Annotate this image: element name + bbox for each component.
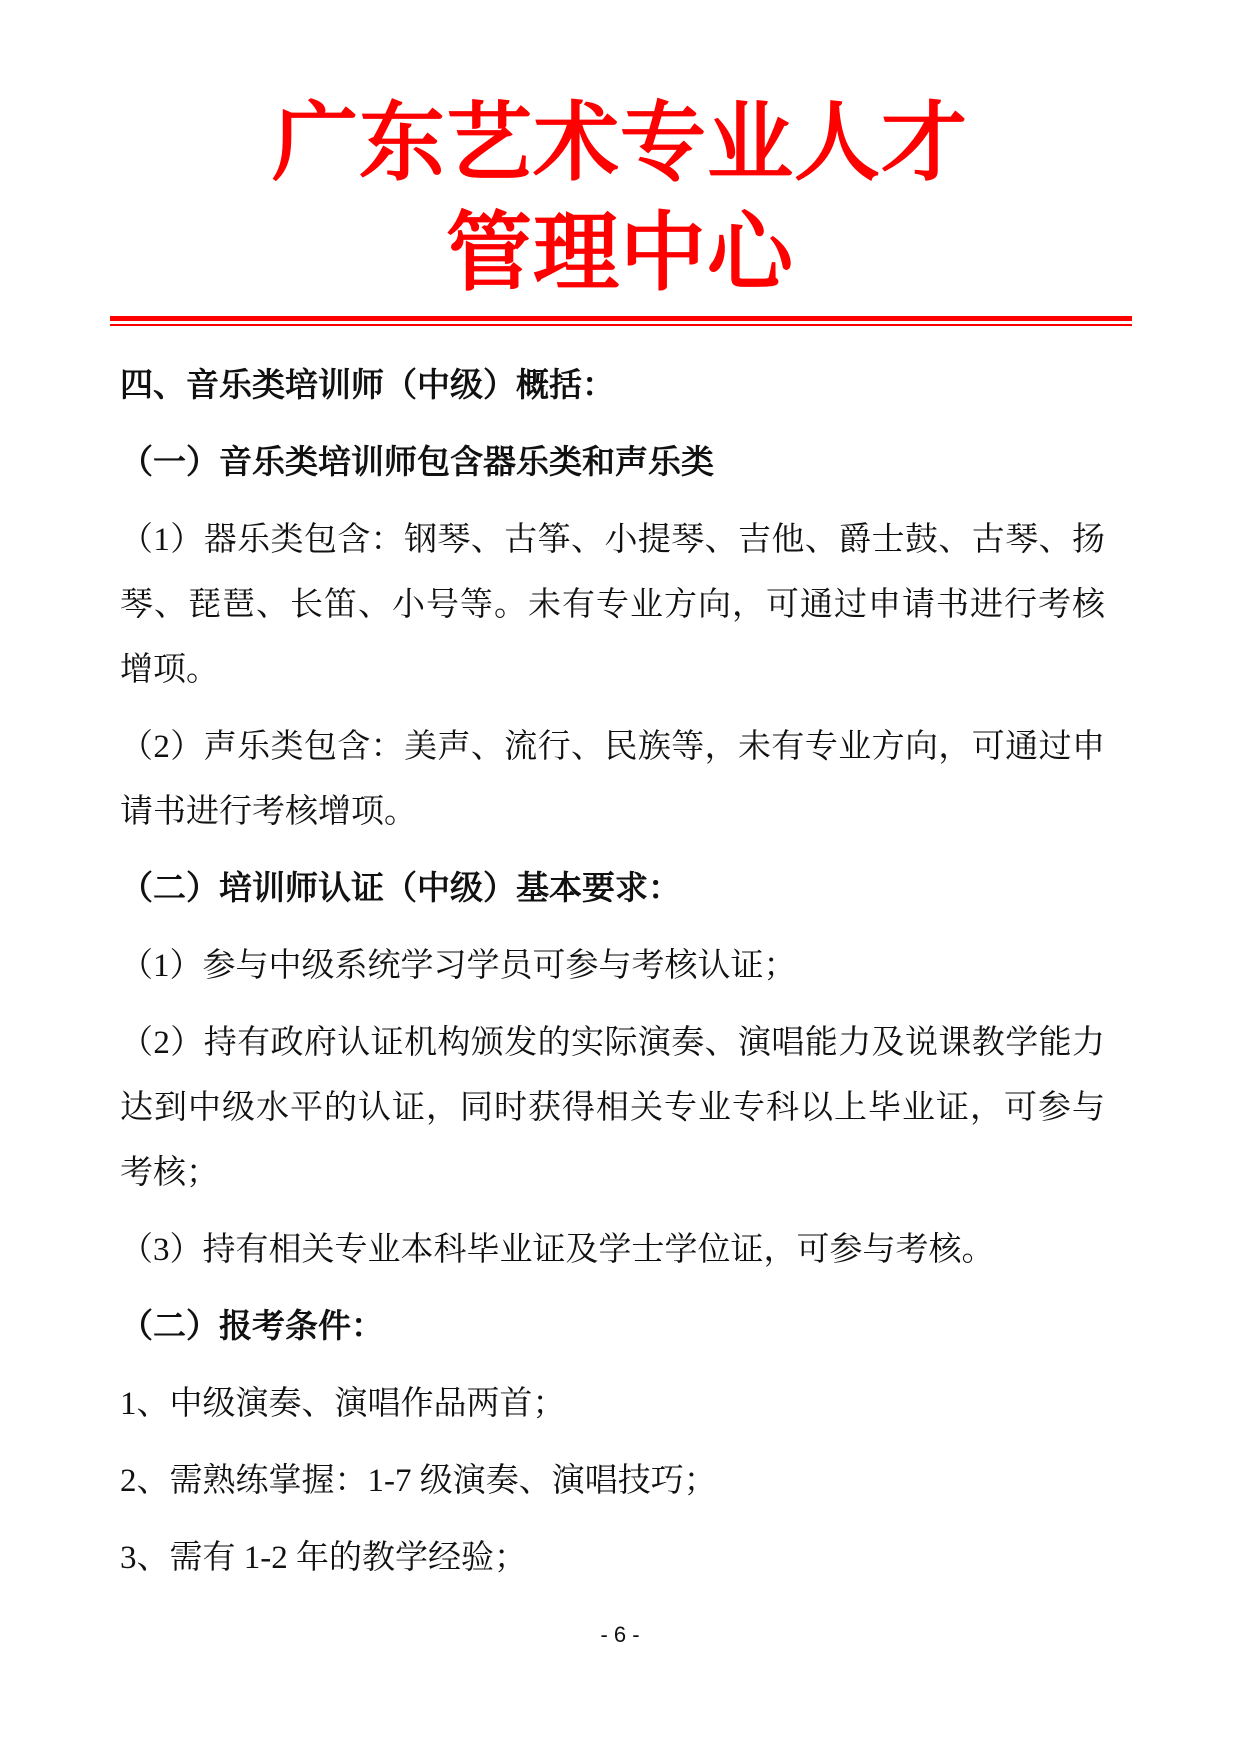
requirement-item-1: （1）参与中级系统学习学员可参与考核认证； xyxy=(120,934,1105,999)
condition-item-1: 1、中级演奏、演唱作品两首； xyxy=(120,1372,1105,1437)
sub-heading-1: （一）音乐类培训师包含器乐类和声乐类 xyxy=(120,431,1105,496)
document-page: 广东艺术专业人才 管理中心 四、音乐类培训师（中级）概括： （一）音乐类培训师包… xyxy=(0,0,1240,1754)
document-body: 四、音乐类培训师（中级）概括： （一）音乐类培训师包含器乐类和声乐类 （1）器乐… xyxy=(0,326,1240,1591)
requirement-item-3: （3）持有相关专业本科毕业证及学士学位证，可参与考核。 xyxy=(120,1218,1105,1283)
title-line-2: 管理中心 xyxy=(0,198,1240,308)
sub-heading-3: （二）报考条件： xyxy=(120,1295,1105,1360)
paragraph-vocal: （2）声乐类包含：美声、流行、民族等，未有专业方向，可通过申请书进行考核增项。 xyxy=(120,715,1105,845)
page-footer: - 6 - xyxy=(0,1620,1240,1650)
letterhead-title: 广东艺术专业人才 管理中心 xyxy=(0,88,1240,308)
document-header: 广东艺术专业人才 管理中心 xyxy=(0,0,1240,326)
section-heading: 四、音乐类培训师（中级）概括： xyxy=(120,354,1105,419)
paragraph-instrument: （1）器乐类包含：钢琴、古筝、小提琴、吉他、爵士鼓、古琴、扬琴、琵琶、长笛、小号… xyxy=(120,508,1105,703)
condition-item-2: 2、需熟练掌握：1-7 级演奏、演唱技巧； xyxy=(120,1449,1105,1514)
requirement-item-2: （2）持有政府认证机构颁发的实际演奏、演唱能力及说课教学能力达到中级水平的认证，… xyxy=(120,1011,1105,1206)
page-number: - 6 - xyxy=(600,1622,639,1647)
title-line-1: 广东艺术专业人才 xyxy=(0,88,1240,198)
condition-item-3: 3、需有 1-2 年的教学经验； xyxy=(120,1526,1105,1591)
header-double-rule xyxy=(110,316,1132,326)
sub-heading-2: （二）培训师认证（中级）基本要求： xyxy=(120,857,1105,922)
